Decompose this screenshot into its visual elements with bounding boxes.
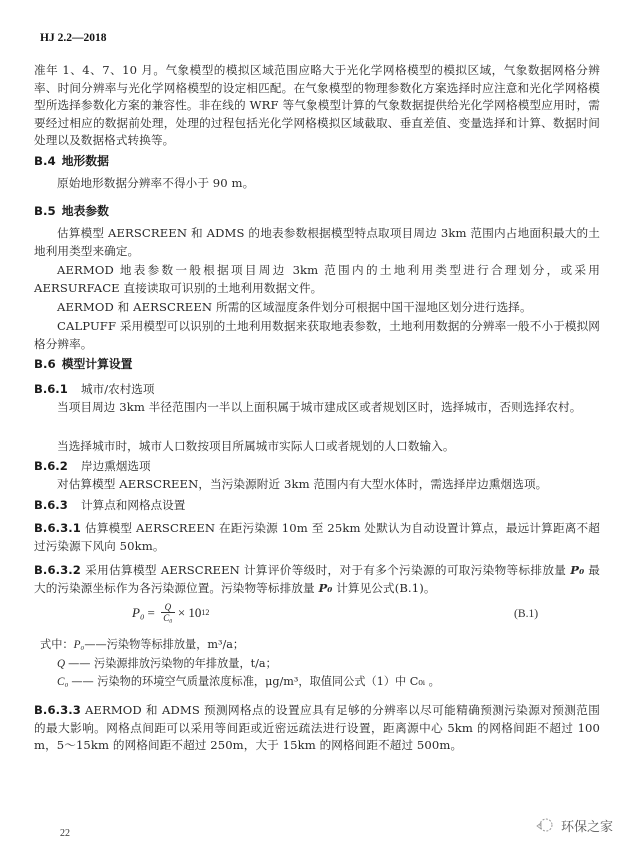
clause-b631: B.6.3.1估算模型 AERSCREEN 在距污染源 10m 至 25km 处…: [34, 520, 600, 555]
where-line-3: C₀—— 污染物的环境空气质量浓度标准，μg/m³，取值同公式（1）中 C₀ᵢ …: [57, 673, 440, 689]
where-symbol: C₀: [57, 676, 68, 688]
intro-paragraph: 准年 1、4、7、10 月。气象模型的模拟区域范围应略大于光化学网格模型的模拟区…: [34, 62, 600, 150]
section-number: B.4: [34, 154, 56, 168]
where-line-1: 式中：P₀——污染物等标排放量，m³/a；: [40, 636, 244, 652]
formula-multiplier: × 10: [178, 605, 202, 621]
where-prefix: 式中：: [40, 638, 74, 651]
b5-paragraph-3: AERMOD 和 AERSCREEN 所需的区域湿度条件划分可根据中国干湿地区划…: [34, 299, 600, 317]
section-heading-b6: B.6模型计算设置: [34, 355, 132, 372]
clause-text-c: 计算见公式(B.1)。: [332, 581, 435, 595]
where-symbol: P₀: [74, 639, 85, 651]
b61-paragraph-2: 当选择城市时，城市人口数按项目所属城市实际人口或者规划的人口数输入。: [34, 438, 600, 456]
where-symbol: Q: [57, 658, 65, 670]
subsection-title: 计算点和网格点设置: [81, 498, 185, 512]
section-number: B.6: [34, 357, 56, 371]
clause-number: B.6.3.1: [34, 521, 81, 535]
b4-paragraph: 原始地形数据分辨率不得小于 90 m。: [34, 175, 600, 193]
page-number: 22: [60, 828, 70, 839]
section-title: 模型计算设置: [62, 357, 133, 371]
clause-b632: B.6.3.2采用估算模型 AERSCREEN 计算评价等级时，对于有多个污染源…: [34, 562, 600, 597]
formula-numerator: Q: [165, 602, 172, 612]
subsection-title: 岸边熏烟选项: [81, 459, 151, 473]
section-title: 地表参数: [62, 204, 109, 218]
p0-symbol: P₀: [570, 563, 584, 577]
watermark-text: 环保之家: [561, 816, 613, 835]
formula-exponent: 12: [201, 608, 209, 617]
formula-fraction: Q C₀: [161, 602, 175, 623]
section-title: 地形数据: [62, 154, 109, 168]
subsection-number: B.6.2: [34, 459, 81, 473]
where-desc: ——污染物等标排放量，m³/a；: [84, 638, 244, 651]
b62-paragraph: 对估算模型 AERSCREEN，当污染源附近 3km 范围内有大型水体时，需选择…: [34, 476, 600, 494]
subsection-heading-b63: B.6.3计算点和网格点设置: [34, 497, 185, 513]
where-desc: —— 污染物的环境空气质量浓度标准，μg/m³，取值同公式（1）中 C₀ᵢ 。: [71, 675, 439, 688]
clause-b633: B.6.3.3AERMOD 和 ADMS 预测网格点的设置应具有足够的分辨率以尽…: [34, 702, 600, 755]
formula-equals: =: [147, 605, 154, 621]
clause-text-a: 采用估算模型 AERSCREEN 计算评价等级时，对于有多个污染源的可取污染物等…: [85, 563, 570, 577]
formula-denominator: C₀: [163, 613, 172, 623]
section-heading-b4: B.4地形数据: [34, 152, 109, 169]
where-desc: —— 污染源排放污染物的年排放量，t/a；: [68, 657, 277, 670]
where-line-2: Q—— 污染源排放污染物的年排放量，t/a；: [57, 655, 277, 671]
section-heading-b5: B.5地表参数: [34, 202, 109, 219]
subsection-number: B.6.3: [34, 498, 81, 512]
subsection-heading-b61: B.6.1城市/农村选项: [34, 381, 154, 397]
p0-symbol: P₀: [318, 581, 332, 595]
b61-paragraph-1: 当项目周边 3km 半径范围内一半以上面积属于城市建成区或者规划区时，选择城市，…: [34, 399, 600, 417]
page-header: HJ 2.2—2018: [40, 32, 106, 44]
subsection-heading-b62: B.6.2岸边熏烟选项: [34, 458, 151, 474]
clause-text: 估算模型 AERSCREEN 在距污染源 10m 至 25km 处默认为自动设置…: [34, 521, 600, 553]
wechat-official-account-icon: [535, 815, 555, 835]
clause-number: B.6.3.2: [34, 563, 81, 577]
formula-b1: P₀ = Q C₀ × 1012: [132, 602, 209, 623]
subsection-title: 城市/农村选项: [81, 382, 154, 396]
b5-paragraph-4: CALPUFF 采用模型可以识别的土地利用数据来获取地表参数，土地利用数据的分辨…: [34, 318, 600, 353]
clause-text: AERMOD 和 ADMS 预测网格点的设置应具有足够的分辨率以尽可能精确预测污…: [34, 703, 600, 752]
formula-label: (B.1): [514, 607, 538, 620]
b5-paragraph-1: 估算模型 AERSCREEN 和 ADMS 的地表参数根据模型特点取项目周边 3…: [34, 225, 600, 260]
section-number: B.5: [34, 204, 56, 218]
b5-paragraph-2: AERMOD 地表参数一般根据项目周边 3km 范围内的土地利用类型进行合理划分…: [34, 262, 600, 297]
watermark: 环保之家: [535, 815, 613, 835]
formula-lhs: P₀: [132, 605, 144, 621]
clause-number: B.6.3.3: [34, 703, 81, 717]
subsection-number: B.6.1: [34, 382, 81, 396]
